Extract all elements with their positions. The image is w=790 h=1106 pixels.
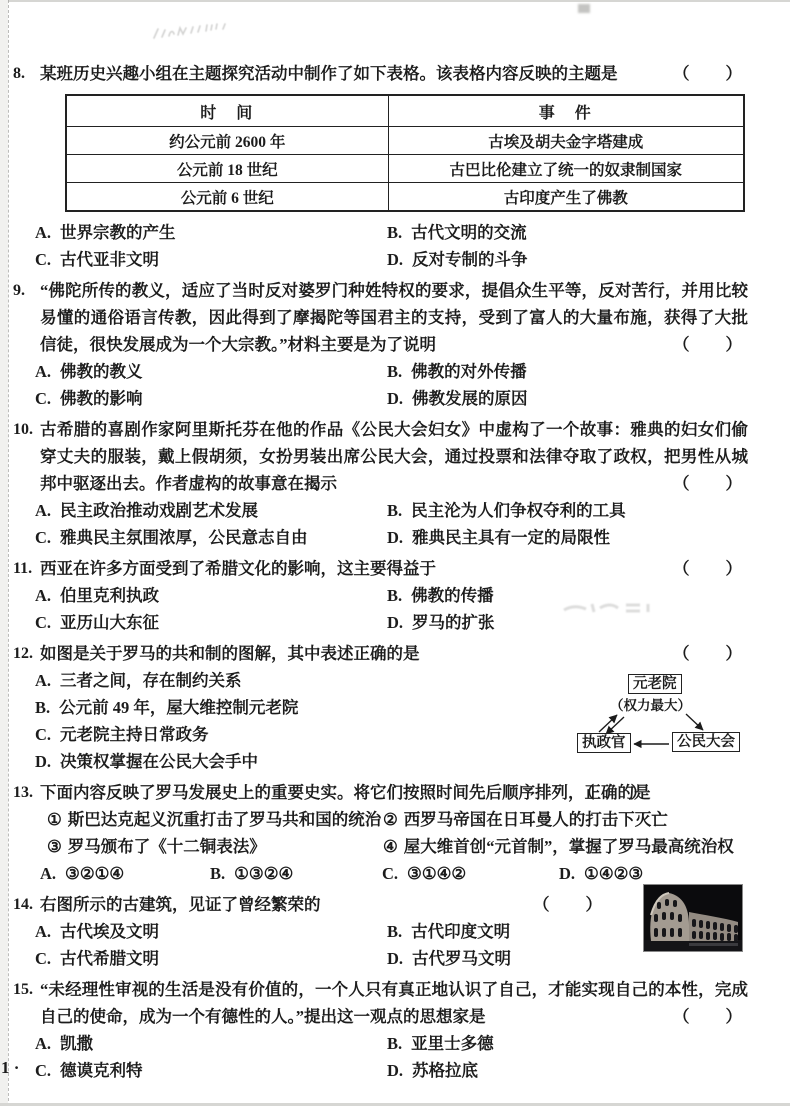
option-label: A. <box>35 671 51 690</box>
option-label: A. <box>35 586 51 605</box>
option-text: 元老院主持日常政务 <box>60 725 209 744</box>
option-label: B. <box>387 362 402 381</box>
option-text: ①③②④ <box>234 864 293 883</box>
option-text: 决策权掌握在公民大会手中 <box>60 752 258 771</box>
question-13-number: 13. <box>13 779 39 806</box>
item-text: 西罗马帝国在日耳曼人的打击下灭亡 <box>404 810 668 829</box>
table-cell-event: 古印度产生了佛教 <box>388 183 744 212</box>
option-text: 佛教的传播 <box>411 586 494 605</box>
option-d: D.苏格拉底 <box>387 1057 748 1084</box>
option-label: D. <box>387 613 403 632</box>
question-14: 14. 右图所示的古建筑，见证了曾经繁荣的 （ ） <box>40 891 748 972</box>
option-label: D. <box>387 389 403 408</box>
option-a: A.伯里克利执政 <box>35 582 387 609</box>
diagram-node-citizens-assembly: 公民大会 <box>672 732 740 752</box>
question-10-stem-line: 10. 古希腊的喜剧作家阿里斯托芬在他的作品《公民大会妇女》中虚构了一个故事：雅… <box>40 416 748 497</box>
question-13: 13. 下面内容反映了罗马发展史上的重要史实。将它们按照时间先后顺序排列，正确的… <box>40 779 748 887</box>
table-cell-time: 约公元前 2600 年 <box>66 127 388 155</box>
item-label: ③ <box>47 837 62 856</box>
option-label: B. <box>387 922 402 941</box>
option-d: D.①④②③ <box>559 860 748 887</box>
handwriting-smudge <box>150 22 234 44</box>
question-15-stem-line: 15. “未经理性审视的生活是没有价值的，一个人只有真正地认识了自己，才能实现自… <box>40 976 748 1030</box>
item-2: ②西罗马帝国在日耳曼人的打击下灭亡 <box>383 806 748 833</box>
question-14-options: A.古代埃及文明 B.古代印度文明 C.古代希腊文明 D.古代罗马文明 <box>35 918 748 972</box>
option-text: ③①④② <box>407 864 466 883</box>
question-9-number: 9. <box>13 277 39 304</box>
option-label: C. <box>35 949 51 968</box>
question-11-answer-bracket: （ ） <box>673 555 743 582</box>
option-text: 凯撒 <box>60 1034 93 1053</box>
diagram-note-greatest-power: （权力最大） <box>610 694 691 714</box>
question-15-answer-bracket: （ ） <box>673 1003 743 1030</box>
option-text: 雅典民主具有一定的局限性 <box>412 528 610 547</box>
question-14-answer-bracket: （ ） <box>533 891 603 918</box>
table-row: 公元前 18 世纪 古巴比伦建立了统一的奴隶制国家 <box>66 155 744 183</box>
table-cell-event: 古巴比伦建立了统一的奴隶制国家 <box>388 155 744 183</box>
question-13-options: A.③②①④ B.①③②④ C.③①④② D.①④②③ <box>40 860 748 887</box>
question-9-stem-line: 9. “佛陀所传的教义，适应了当时反对婆罗门种姓特权的要求，提倡众生平等，反对苦… <box>40 277 748 358</box>
option-text: 民主沦为人们争权夺利的工具 <box>411 501 626 520</box>
option-text: 雅典民主氛围浓厚，公民意志自由 <box>60 528 308 547</box>
question-8-history-table: 时 间 事 件 约公元前 2600 年 古埃及胡夫金字塔建成 公元前 18 世纪… <box>65 94 745 212</box>
question-10-options: A.民主政治推动戏剧艺术发展 B.民主沦为人们争权夺利的工具 C.雅典民主氛围浓… <box>35 497 748 551</box>
option-c: C.古代亚非文明 <box>35 246 387 273</box>
item-1: ①斯巴达克起义沉重打击了罗马共和国的统治 <box>47 806 383 833</box>
option-text: 古代罗马文明 <box>412 949 511 968</box>
question-15: 15. “未经理性审视的生活是没有价值的，一个人只有真正地认识了自己，才能实现自… <box>40 976 748 1084</box>
question-8-number: 8. <box>13 60 39 87</box>
question-9: 9. “佛陀所传的教义，适应了当时反对婆罗门种姓特权的要求，提倡众生平等，反对苦… <box>40 277 748 412</box>
option-b: B.①③②④ <box>210 860 382 887</box>
option-a: A.③②①④ <box>40 860 210 887</box>
option-text: 佛教的教义 <box>60 362 143 381</box>
option-text: 佛教发展的原因 <box>412 389 528 408</box>
question-14-stem: 右图所示的古建筑，见证了曾经繁荣的 <box>40 895 321 914</box>
option-d: D.佛教发展的原因 <box>387 385 748 412</box>
option-text: 罗马的扩张 <box>412 613 495 632</box>
option-text: 亚里士多德 <box>411 1034 494 1053</box>
option-label: C. <box>35 1061 51 1080</box>
option-label: A. <box>35 1034 51 1053</box>
option-label: D. <box>559 864 575 883</box>
option-label: B. <box>35 698 50 717</box>
question-10-number: 10. <box>13 416 39 443</box>
question-10-answer-bracket: （ ） <box>673 470 743 497</box>
option-text: 三者之间，存在制约关系 <box>60 671 242 690</box>
option-label: B. <box>210 864 225 883</box>
option-label: B. <box>387 586 402 605</box>
option-label: C. <box>35 389 51 408</box>
question-9-options: A.佛教的教义 B.佛教的对外传播 C.佛教的影响 D.佛教发展的原因 <box>35 358 748 412</box>
option-c: C.雅典民主氛围浓厚，公民意志自由 <box>35 524 387 551</box>
option-c: C.古代希腊文明 <box>35 945 387 972</box>
question-9-stem: “佛陀所传的教义，适应了当时反对婆罗门种姓特权的要求，提倡众生平等，反对苦行，并… <box>40 281 748 354</box>
question-11-stem: 西亚在许多方面受到了希腊文化的影响，这主要得益于 <box>40 559 436 578</box>
option-label: B. <box>387 1034 402 1053</box>
question-8-options: A.世界宗教的产生 B.古代文明的交流 C.古代亚非文明 D.反对专制的斗争 <box>35 219 748 273</box>
option-b: B.佛教的对外传播 <box>387 358 748 385</box>
option-text: 佛教的对外传播 <box>411 362 527 381</box>
question-12-stem: 如图是关于罗马的共和制的图解，其中表述正确的是 <box>40 644 420 663</box>
option-text: 公元前 49 年，屋大维控制元老院 <box>59 698 298 717</box>
option-text: 古代希腊文明 <box>60 949 159 968</box>
question-14-stem-line: 14. 右图所示的古建筑，见证了曾经繁荣的 （ ） <box>40 891 748 918</box>
question-12-stem-line: 12. 如图是关于罗马的共和制的图解，其中表述正确的是 （ ） <box>40 640 748 667</box>
item-3: ③罗马颁布了《十二铜表法》 <box>47 833 383 860</box>
option-c: C.亚历山大东征 <box>35 609 387 636</box>
option-text: 伯里克利执政 <box>60 586 159 605</box>
table-cell-time: 公元前 18 世纪 <box>66 155 388 183</box>
question-11-stem-line: 11. 西亚在许多方面受到了希腊文化的影响，这主要得益于 （ ） <box>40 555 748 582</box>
table-row: 约公元前 2600 年 古埃及胡夫金字塔建成 <box>66 127 744 155</box>
question-8-stem: 某班历史兴趣小组在主题探究活动中制作了如下表格。该表格内容反映的主题是 <box>40 64 618 83</box>
page-edge-shade <box>0 0 8 1106</box>
option-label: C. <box>35 250 51 269</box>
option-label: B. <box>387 501 402 520</box>
question-12-number: 12. <box>13 640 39 667</box>
item-label: ① <box>47 810 62 829</box>
option-text: 德谟克利特 <box>60 1061 143 1080</box>
diagram-node-senate: 元老院 <box>628 674 682 694</box>
option-b: B.佛教的传播 <box>387 582 748 609</box>
option-text: 世界宗教的产生 <box>60 223 176 242</box>
question-8-stem-line: 8. 某班历史兴趣小组在主题探究活动中制作了如下表格。该表格内容反映的主题是 （… <box>40 60 748 87</box>
option-d: D.罗马的扩张 <box>387 609 748 636</box>
option-text: 古代埃及文明 <box>60 922 159 941</box>
option-text: 古代文明的交流 <box>411 223 527 242</box>
option-label: C. <box>35 528 51 547</box>
item-text: 罗马颁布了《十二铜表法》 <box>68 837 266 856</box>
item-4: ④屋大维首创“元首制”，掌握了罗马最高统治权 <box>383 833 748 860</box>
option-label: B. <box>387 223 402 242</box>
question-12-answer-bracket: （ ） <box>673 640 743 667</box>
item-label: ② <box>383 810 398 829</box>
question-13-stem-line: 13. 下面内容反映了罗马发展史上的重要史实。将它们按照时间先后顺序排列，正确的… <box>40 779 748 806</box>
scan-mark <box>578 4 590 13</box>
option-label: A. <box>35 223 51 242</box>
diagram-node-consul: 执政官 <box>577 733 631 753</box>
colosseum-photo <box>644 885 742 951</box>
question-10-stem: 古希腊的喜剧作家阿里斯托芬在他的作品《公民大会妇女》中虚构了一个故事：雅典的妇女… <box>40 420 748 493</box>
table-row: 公元前 6 世纪 古印度产生了佛教 <box>66 183 744 212</box>
option-c: C.佛教的影响 <box>35 385 387 412</box>
question-13-stem: 下面内容反映了罗马发展史上的重要史实。将它们按照时间先后顺序排列，正确的是 <box>40 783 651 802</box>
option-text: ①④②③ <box>584 864 643 883</box>
option-text: 亚历山大东征 <box>60 613 159 632</box>
option-label: A. <box>40 864 56 883</box>
option-label: A. <box>35 922 51 941</box>
option-c: C.③①④② <box>382 860 559 887</box>
question-13-items: ①斯巴达克起义沉重打击了罗马共和国的统治 ②西罗马帝国在日耳曼人的打击下灭亡 ③… <box>47 806 748 860</box>
table-header-row: 时 间 事 件 <box>66 95 744 127</box>
option-label: A. <box>35 501 51 520</box>
option-a: A.世界宗教的产生 <box>35 219 387 246</box>
question-8: 8. 某班历史兴趣小组在主题探究活动中制作了如下表格。该表格内容反映的主题是 （… <box>40 60 748 273</box>
option-label: C. <box>35 613 51 632</box>
question-10: 10. 古希腊的喜剧作家阿里斯托芬在他的作品《公民大会妇女》中虚构了一个故事：雅… <box>40 416 748 551</box>
option-text: 反对专制的斗争 <box>412 250 528 269</box>
option-b: B.民主沦为人们争权夺利的工具 <box>387 497 748 524</box>
question-15-options: A.凯撒 B.亚里士多德 C.德谟克利特 D.苏格拉底 <box>35 1030 748 1084</box>
binding-dotted-line <box>8 0 9 1106</box>
option-label: D. <box>387 528 403 547</box>
question-12: 12. 如图是关于罗马的共和制的图解，其中表述正确的是 （ ） A.三者之间，存… <box>40 640 748 775</box>
item-text: 屋大维首创“元首制”，掌握了罗马最高统治权 <box>404 837 734 856</box>
scanned-exam-page: 8. 某班历史兴趣小组在主题探究活动中制作了如下表格。该表格内容反映的主题是 （… <box>0 0 790 1106</box>
question-14-number: 14. <box>13 891 39 918</box>
option-label: C. <box>382 864 398 883</box>
question-15-number: 15. <box>13 976 39 1003</box>
option-label: D. <box>387 250 403 269</box>
option-d: D.雅典民主具有一定的局限性 <box>387 524 748 551</box>
page-number: 1 · <box>1 1058 19 1078</box>
option-label: D. <box>387 949 403 968</box>
option-text: 苏格拉底 <box>412 1061 478 1080</box>
option-text: 古代印度文明 <box>411 922 510 941</box>
option-text: 古代亚非文明 <box>60 250 159 269</box>
option-d: D.反对专制的斗争 <box>387 246 748 273</box>
option-label: C. <box>35 725 51 744</box>
table-cell-event: 古埃及胡夫金字塔建成 <box>388 127 744 155</box>
option-a: A.民主政治推动戏剧艺术发展 <box>35 497 387 524</box>
item-text: 斯巴达克起义沉重打击了罗马共和国的统治 <box>68 810 382 829</box>
option-a: A.凯撒 <box>35 1030 387 1057</box>
question-8-answer-bracket: （ ） <box>673 60 743 87</box>
option-b: B.亚里士多德 <box>387 1030 748 1057</box>
roman-republic-diagram: 元老院 （权力最大） 执政官 公民大会 <box>572 666 742 780</box>
table-cell-time: 公元前 6 世纪 <box>66 183 388 212</box>
option-text: ③②①④ <box>65 864 124 883</box>
item-label: ④ <box>383 837 398 856</box>
table-header-time: 时 间 <box>66 95 388 127</box>
option-text: 佛教的影响 <box>60 389 143 408</box>
question-11: 11. 西亚在许多方面受到了希腊文化的影响，这主要得益于 （ ） A.伯里克利执… <box>40 555 748 636</box>
option-label: D. <box>387 1061 403 1080</box>
table-header-event: 事 件 <box>388 95 744 127</box>
exam-content: 8. 某班历史兴趣小组在主题探究活动中制作了如下表格。该表格内容反映的主题是 （… <box>40 60 748 1088</box>
option-text: 民主政治推动戏剧艺术发展 <box>60 501 258 520</box>
question-15-stem: “未经理性审视的生活是没有价值的，一个人只有真正地认识了自己，才能实现自己的本性… <box>40 980 748 1026</box>
option-b: B.古代文明的交流 <box>387 219 748 246</box>
question-9-answer-bracket: （ ） <box>673 331 743 358</box>
question-11-number: 11. <box>13 555 39 582</box>
option-label: D. <box>35 752 51 771</box>
question-13-answer-bracket: （ ） <box>578 779 648 806</box>
option-label: A. <box>35 362 51 381</box>
option-c: C.德谟克利特 <box>35 1057 387 1084</box>
question-11-options: A.伯里克利执政 B.佛教的传播 C.亚历山大东征 D.罗马的扩张 <box>35 582 748 636</box>
option-a: A.佛教的教义 <box>35 358 387 385</box>
option-a: A.古代埃及文明 <box>35 918 387 945</box>
